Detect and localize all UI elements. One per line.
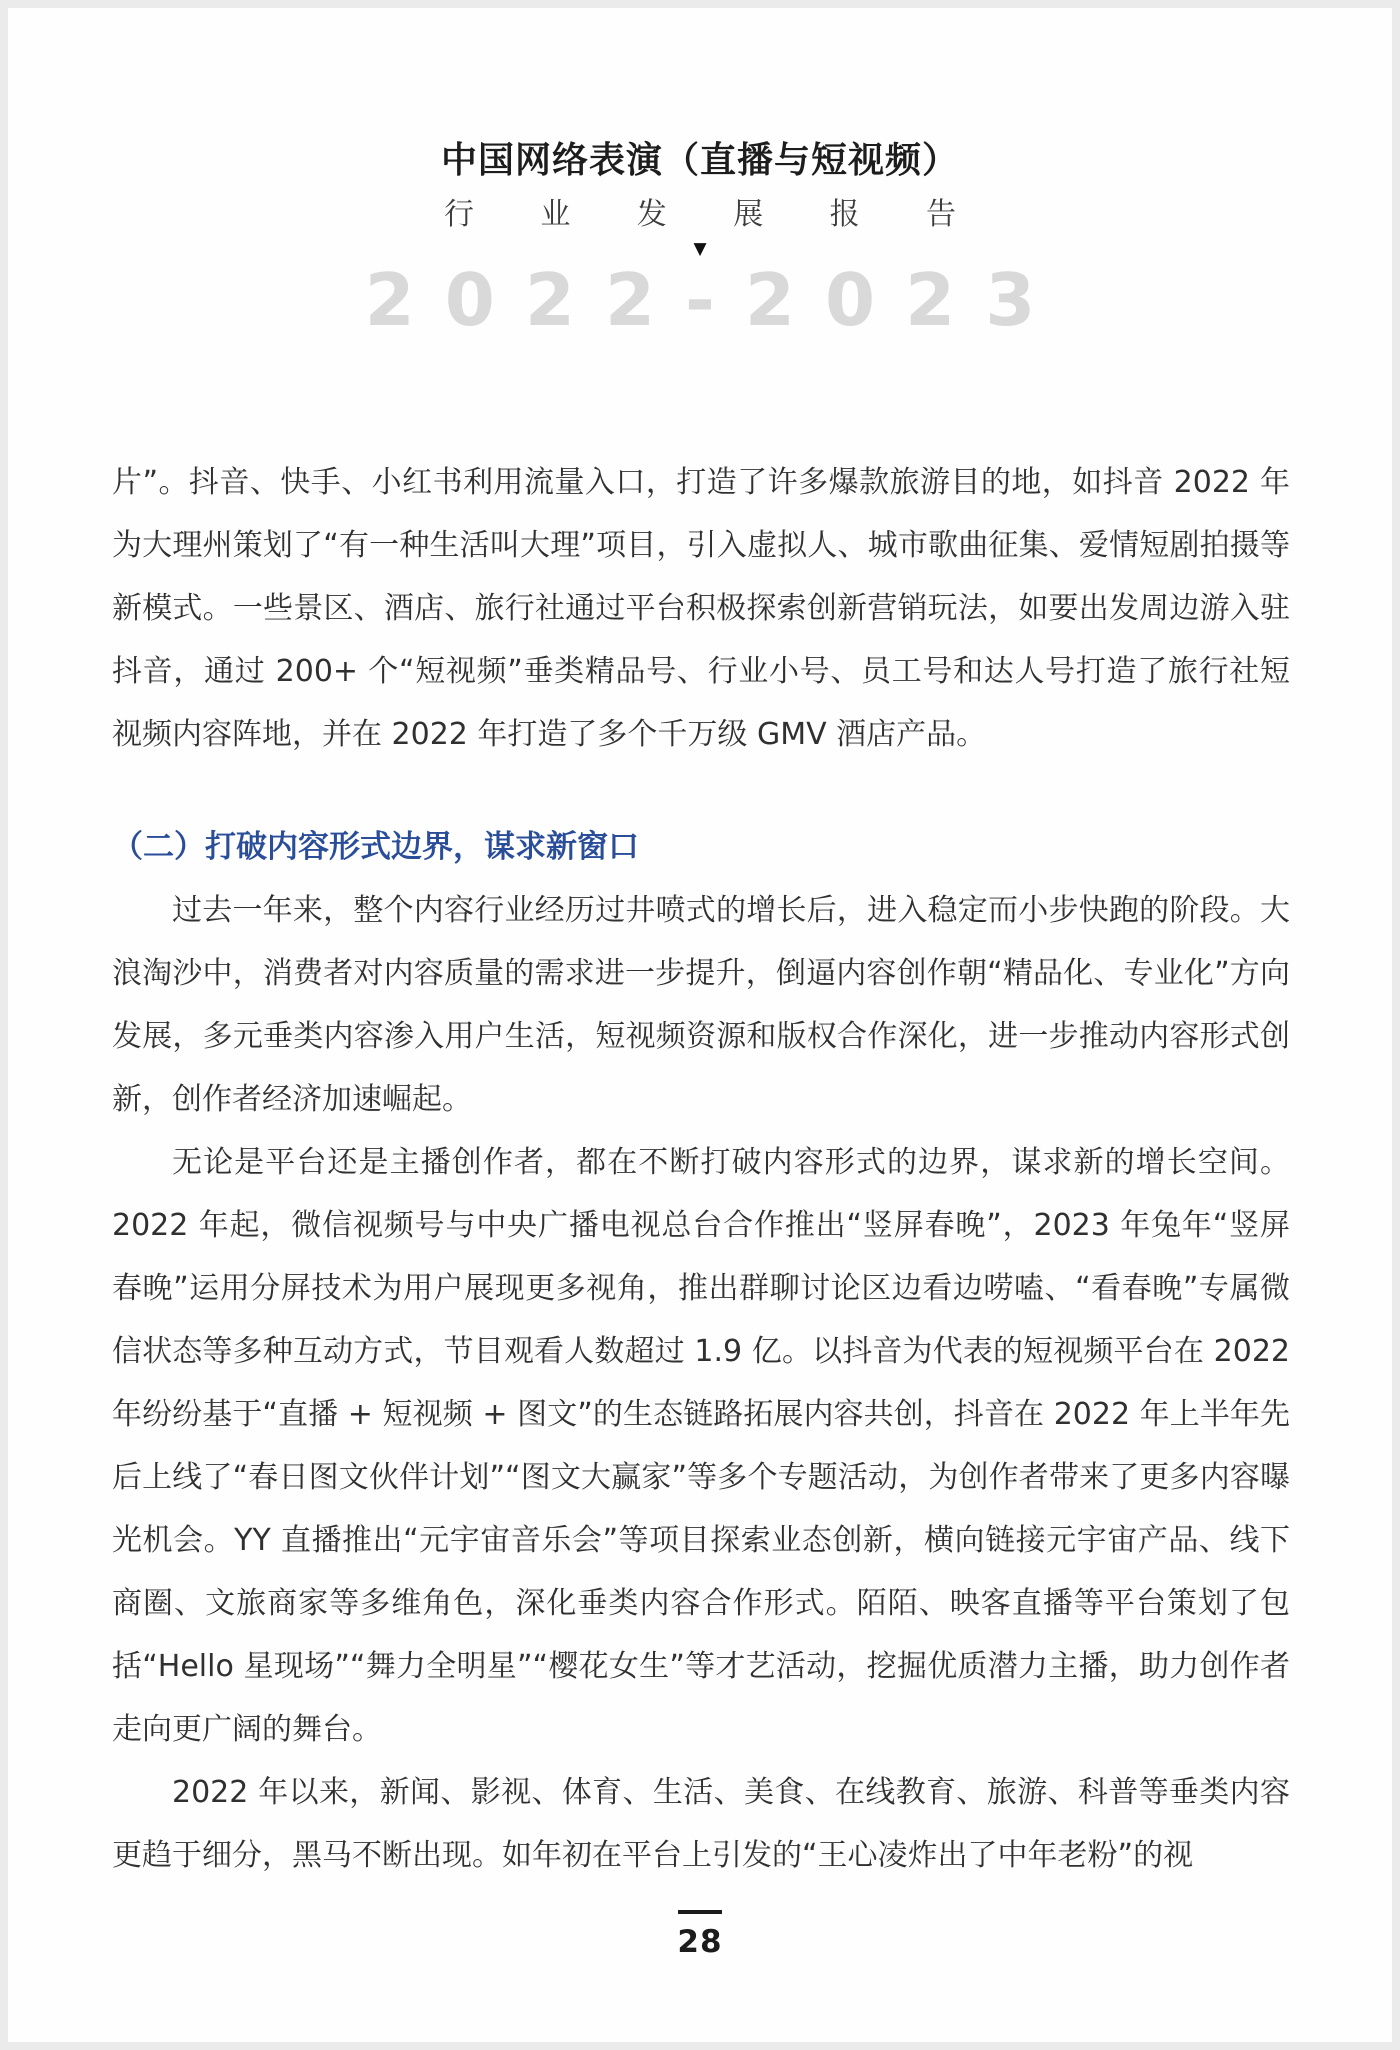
report-subtitle: 行业发展报告	[444, 197, 956, 233]
section-heading: （二）打破内容形式边界，谋求新窗口	[112, 816, 1290, 879]
page-header: 中国网络表演（直播与短视频） 行业发展报告 ▼ 2022-2023	[8, 138, 1392, 336]
down-triangle-icon: ▼	[8, 241, 1392, 258]
paragraph: 2022 年以来，新闻、影视、体育、生活、美食、在线教育、旅游、科普等垂类内容更…	[112, 1761, 1290, 1887]
page-number-rule	[678, 1910, 722, 1914]
paragraph: 过去一年来，整个内容行业经历过井喷式的增长后，进入稳定而小步快跑的阶段。大浪淘沙…	[112, 879, 1290, 1131]
page-number: 28	[8, 1924, 1392, 1960]
page-footer: 28	[8, 1910, 1392, 1960]
paragraph: 无论是平台还是主播创作者，都在不断打破内容形式的边界，谋求新的增长空间。2022…	[112, 1131, 1290, 1761]
report-page: 中国网络表演（直播与短视频） 行业发展报告 ▼ 2022-2023 片”。抖音、…	[8, 8, 1392, 2042]
body-text: 片”。抖音、快手、小红书利用流量入口，打造了许多爆款旅游目的地，如抖音 2022…	[112, 451, 1290, 1887]
report-edition-years: 2022-2023	[8, 264, 1392, 336]
paragraph: 片”。抖音、快手、小红书利用流量入口，打造了许多爆款旅游目的地，如抖音 2022…	[112, 451, 1290, 766]
report-title: 中国网络表演（直播与短视频）	[8, 138, 1392, 185]
